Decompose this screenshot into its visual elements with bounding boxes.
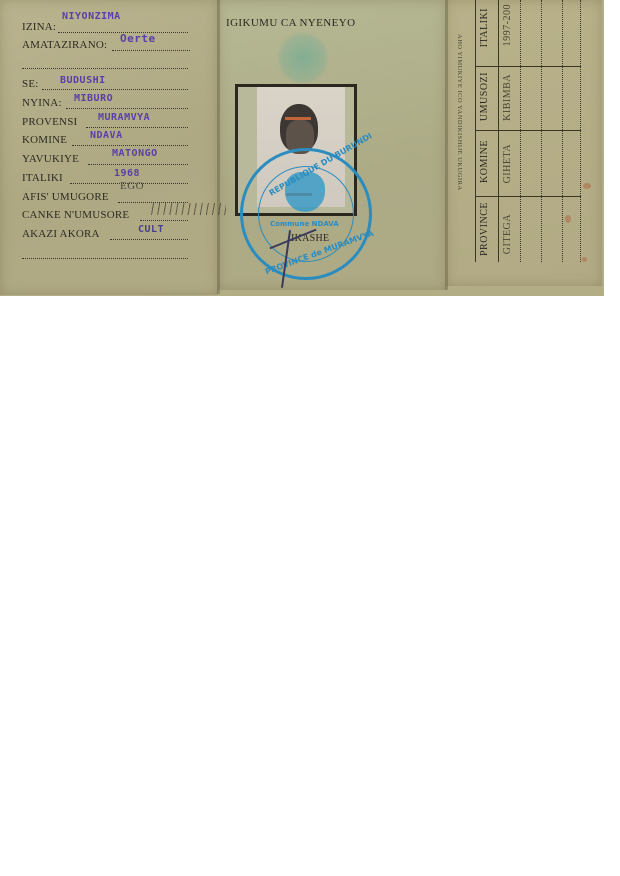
table-border	[475, 66, 581, 67]
dotted-column	[541, 0, 542, 262]
stain	[565, 215, 571, 223]
table-border	[498, 0, 499, 262]
dotted-line	[110, 239, 188, 240]
field-value: CULT	[138, 224, 164, 235]
field-label: AKAZI AKORA	[22, 228, 100, 240]
table-border	[475, 196, 581, 197]
field-value: NIYONZIMA	[62, 11, 121, 22]
table-border	[475, 0, 476, 262]
dotted-line	[112, 50, 190, 51]
field-label: SE:	[22, 78, 39, 90]
dotted-line	[72, 145, 188, 146]
field-label: IZINA:	[22, 21, 56, 33]
stain	[582, 257, 587, 262]
field-value: MATONGO	[112, 148, 158, 159]
tape-mark	[285, 117, 311, 120]
stamp-text-inner: Commune NDAVA	[270, 220, 339, 228]
table-border	[475, 130, 581, 131]
table-cell: GITEGA	[502, 214, 513, 254]
stain	[583, 183, 591, 189]
vertical-note: AHO YIMUKIYE ICO YANDIKISHIJE UKUGIRA	[449, 34, 463, 256]
dotted-line	[86, 127, 188, 128]
fold-line	[217, 0, 220, 294]
thumbprint	[278, 32, 328, 84]
fold-line	[445, 0, 448, 290]
field-label: AMATAZIRANO:	[22, 39, 107, 51]
field-label: PROVENSI	[22, 116, 77, 128]
dotted-column	[562, 0, 563, 262]
dotted-line	[22, 68, 188, 69]
field-label: YAVUKIYE	[22, 153, 79, 165]
table-header: ITALIKI	[479, 8, 490, 47]
field-label: NYINA:	[22, 97, 62, 109]
dotted-line	[140, 220, 188, 221]
table-cell: GIHETA	[502, 144, 513, 183]
right-panel	[446, 0, 602, 286]
table-header: KOMINE	[479, 140, 490, 183]
field-label: CANKE N'UMUSORE	[22, 209, 129, 221]
thumbprint-title: IGIKUMU CA NYENEYO	[226, 17, 355, 29]
table-cell: 1997-200	[502, 4, 513, 46]
dotted-column	[520, 0, 521, 262]
field-value: NDAVA	[90, 130, 123, 141]
dotted-line	[66, 108, 188, 109]
field-value: EGO	[120, 180, 144, 192]
field-value: MIBURO	[74, 93, 113, 104]
field-label: KOMINE	[22, 134, 67, 146]
field-label: AFIS' UMUGORE	[22, 191, 109, 203]
table-header: UMUSOZI	[479, 72, 490, 121]
field-value: Oerte	[120, 32, 156, 45]
table-header: PROVINCE	[479, 202, 490, 256]
strikethrough-marks	[148, 203, 226, 215]
field-value: 1968	[114, 168, 140, 179]
field-value: MURAMVYA	[98, 112, 150, 123]
field-value: BUDUSHI	[60, 75, 106, 86]
field-label: ITALIKI	[22, 172, 63, 184]
dotted-column	[580, 0, 581, 262]
dotted-line	[88, 164, 188, 165]
table-cell: KIBIMBA	[502, 74, 513, 121]
dotted-line	[42, 89, 188, 90]
dotted-line	[22, 258, 188, 259]
